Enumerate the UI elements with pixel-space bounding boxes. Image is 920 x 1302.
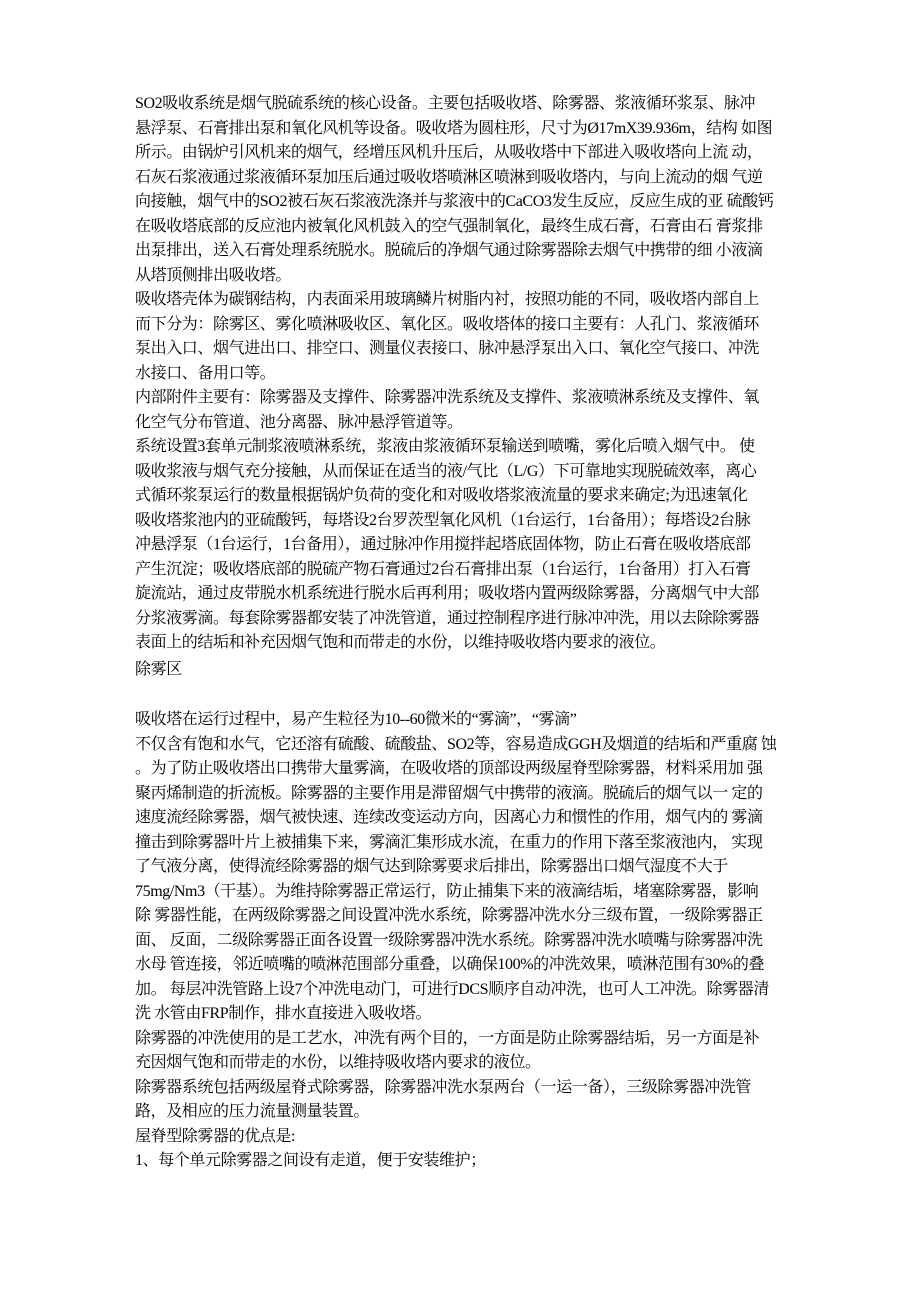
- text-line: 吸收塔浆池内的亚硫酸钙，每塔设2台罗茨型氧化风机（1台运行，1台备用）；每塔设2…: [135, 509, 795, 534]
- document-body: SO2吸收系统是烟气脱硫系统的核心设备。主要包括吸收塔、除雾器、浆液循环浆泵、脉…: [135, 92, 795, 1174]
- text-line: 冲悬浮泵（1台运行，1台备用），通过脉冲作用搅拌起塔底固体物，防止石膏在吸收塔底…: [135, 533, 795, 558]
- text-line: 水母 管连接，邻近喷嘴的喷淋范围部分重叠，以确保100%的冲洗效果，喷淋范围有3…: [135, 953, 795, 978]
- text-line: 。为了防止吸收塔出口携带大量雾滴，在吸收塔的顶部设两级屋脊型除雾器，材料采用加 …: [135, 757, 795, 782]
- text-line: 不仅含有饱和水气，它还溶有硫酸、硫酸盐、SO2等，容易造成GGH及烟道的结垢和严…: [135, 733, 795, 758]
- text-line: 除雾器系统包括两级屋脊式除雾器，除雾器冲洗水泵两台（一运一备），三级除雾器冲洗管: [135, 1076, 795, 1101]
- text-line: 充因烟气饱和而带走的水份，以维持吸收塔内要求的液位。: [135, 1051, 795, 1076]
- text-line: 出泵排出，送入石膏处理系统脱水。脱硫后的净烟气通过除雾器除去烟气中携带的细 小液…: [135, 239, 795, 264]
- text-line: 表面上的结垢和补充因烟气饱和而带走的水份，以维持吸收塔内要求的液位。: [135, 631, 795, 656]
- paragraph: 屋脊型除雾器的优点是:: [135, 1125, 795, 1150]
- text-line: SO2吸收系统是烟气脱硫系统的核心设备。主要包括吸收塔、除雾器、浆液循环浆泵、脉…: [135, 92, 795, 117]
- section-heading: 除雾区: [135, 658, 795, 683]
- text-line: 除雾区: [135, 658, 795, 683]
- paragraph: 除雾器的冲洗使用的是工艺水，冲洗有两个目的，一方面是防止除雾器结垢，另一方面是补…: [135, 1027, 795, 1076]
- paragraph: 1、每个单元除雾器之间设有走道，便于安装维护；: [135, 1149, 795, 1174]
- text-line: 吸收浆液与烟气充分接触，从而保证在适当的液/气比（L/G）下可靠地实现脱硫效率，…: [135, 460, 795, 485]
- text-line: 除 雾器性能，在两级除雾器之间设置冲洗水系统，除雾器冲洗水分三级布置，一级除雾器…: [135, 904, 795, 929]
- text-line: 加。 每层冲洗管路上设7个冲洗电动门，可进行DCS顺序自动冲洗，也可人工冲洗。除…: [135, 978, 795, 1003]
- text-line: 产生沉淀；吸收塔底部的脱硫产物石膏通过2台石膏排出泵（1台运行，1台备用）打入石…: [135, 558, 795, 583]
- text-line: 屋脊型除雾器的优点是:: [135, 1125, 795, 1150]
- text-line: 分浆液雾滴。每套除雾器都安装了冲洗管道，通过控制程序进行脉冲冲洗，用以去除除雾器: [135, 607, 795, 632]
- text-line: 内部附件主要有：除雾器及支撑件、除雾器冲洗系统及支撑件、浆液喷淋系统及支撑件、氧: [135, 386, 795, 411]
- document-page: SO2吸收系统是烟气脱硫系统的核心设备。主要包括吸收塔、除雾器、浆液循环浆泵、脉…: [0, 0, 920, 1302]
- paragraph: 吸收塔壳体为碳钢结构，内表面采用玻璃鳞片树脂内衬，按照功能的不同，吸收塔内部自上…: [135, 288, 795, 386]
- text-line: 洗 水管由FRP制作，排水直接进入吸收塔。: [135, 1002, 795, 1027]
- text-line: 75mg/Nm3（干基）。为维持除雾器正常运行，防止捕集下来的液滴结垢，堵塞除雾…: [135, 880, 795, 905]
- text-line: 旋流站，通过皮带脱水机系统进行脱水后再利用；吸收塔内置两级除雾器，分离烟气中大部: [135, 582, 795, 607]
- paragraph: 系统设置3套单元制浆液喷淋系统，浆液由浆液循环泵输送到喷嘴，雾化后喷入烟气中。 …: [135, 435, 795, 656]
- text-line: 1、每个单元除雾器之间设有走道，便于安装维护；: [135, 1149, 795, 1174]
- text-line: 了气液分离，使得流经除雾器的烟气达到除雾要求后排出，除雾器出口烟气湿度不大于: [135, 855, 795, 880]
- text-line: 面、 反面，二级除雾器正面各设置一级除雾器冲洗水系统。除雾器冲洗水喷嘴与除雾器冲…: [135, 929, 795, 954]
- paragraph: 除雾器系统包括两级屋脊式除雾器，除雾器冲洗水泵两台（一运一备），三级除雾器冲洗管…: [135, 1076, 795, 1125]
- text-line: 向接触，烟气中的SO2被石灰石浆液洗涤并与浆液中的CaCO3发生反应，反应生成的…: [135, 190, 795, 215]
- text-line: 水接口、备用口等。: [135, 362, 795, 387]
- text-line: 式循环浆泵运行的数量根据锅炉负荷的变化和对吸收塔浆液流量的要求来确定;为迅速氧化: [135, 484, 795, 509]
- text-line: 系统设置3套单元制浆液喷淋系统，浆液由浆液循环泵输送到喷嘴，雾化后喷入烟气中。 …: [135, 435, 795, 460]
- text-line: 撞击到除雾器叶片上被捕集下来，雾滴汇集形成水流，在重力的作用下落至浆液池内， 实…: [135, 831, 795, 856]
- text-line: 除雾器的冲洗使用的是工艺水，冲洗有两个目的，一方面是防止除雾器结垢，另一方面是补: [135, 1027, 795, 1052]
- text-line: 吸收塔在运行过程中，易产生粒径为10--60微米的“雾滴”，“雾滴”: [135, 708, 795, 733]
- paragraph: 内部附件主要有：除雾器及支撑件、除雾器冲洗系统及支撑件、浆液喷淋系统及支撑件、氧…: [135, 386, 795, 435]
- text-line: 在吸收塔底部的反应池内被氧化风机鼓入的空气强制氧化，最终生成石膏，石膏由石 膏浆…: [135, 215, 795, 240]
- text-line: 石灰石浆液通过浆液循环泵加压后通过吸收塔喷淋区喷淋到吸收塔内，与向上流动的烟 气…: [135, 166, 795, 191]
- text-line: 路，及相应的压力流量测量装置。: [135, 1100, 795, 1125]
- paragraph: 吸收塔在运行过程中，易产生粒径为10--60微米的“雾滴”，“雾滴”不仅含有饱和…: [135, 708, 795, 1027]
- text-line: 聚丙烯制造的折流板。除雾器的主要作用是滞留烟气中携带的液滴。脱硫后的烟气以一 定…: [135, 782, 795, 807]
- text-line: 泵出入口、烟气进出口、排空口、测量仪表接口、脉冲悬浮泵出入口、氧化空气接口、冲洗: [135, 337, 795, 362]
- text-line: 而下分为：除雾区、雾化喷淋吸收区、氧化区。吸收塔体的接口主要有：人孔门、浆液循环: [135, 313, 795, 338]
- text-line: 悬浮泵、石膏排出泵和氧化风机等设备。吸收塔为圆柱形，尺寸为Ø17mX39.936…: [135, 117, 795, 142]
- text-line: 吸收塔壳体为碳钢结构，内表面采用玻璃鳞片树脂内衬，按照功能的不同，吸收塔内部自上: [135, 288, 795, 313]
- text-line: 化空气分布管道、池分离器、脉冲悬浮管道等。: [135, 411, 795, 436]
- text-line: 从塔顶侧排出吸收塔。: [135, 264, 795, 289]
- paragraph: SO2吸收系统是烟气脱硫系统的核心设备。主要包括吸收塔、除雾器、浆液循环浆泵、脉…: [135, 92, 795, 288]
- text-line: 所示。由锅炉引风机来的烟气，经增压风机升压后，从吸收塔中下部进入吸收塔向上流 动…: [135, 141, 795, 166]
- text-line: 速度流经除雾器，烟气被快速、连续改变运动方向，因离心力和惯性的作用，烟气内的 雾…: [135, 806, 795, 831]
